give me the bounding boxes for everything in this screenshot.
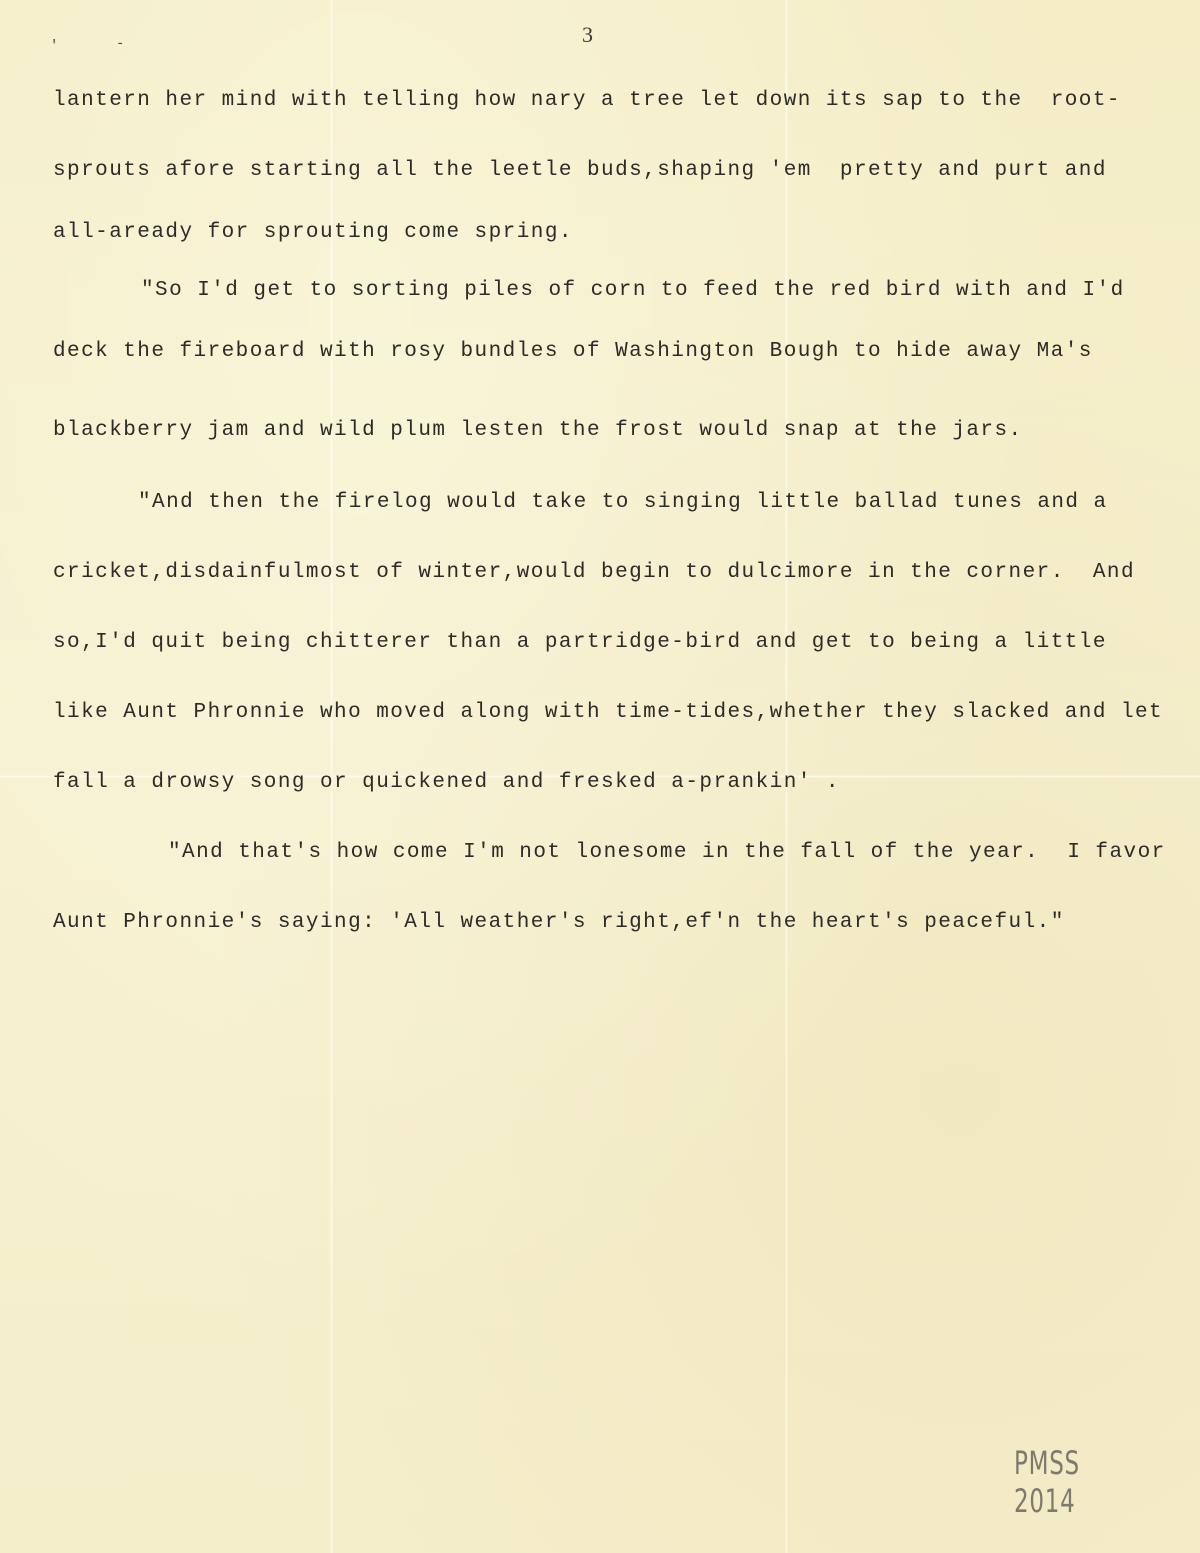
typewritten-page: ' - 3 lantern her mind with telling how …: [0, 0, 1200, 1553]
text-line: sprouts afore starting all the leetle bu…: [53, 160, 1107, 181]
paragraph-start-line: "And that's how come I'm not lonesome in…: [168, 842, 1166, 863]
text-line: cricket,disdainfulmost of winter,would b…: [53, 562, 1135, 583]
paragraph-start-line: "And then the firelog would take to sing…: [138, 492, 1108, 513]
text-line: all-aready for sprouting come spring.: [53, 222, 573, 243]
stray-mark: -: [116, 36, 124, 52]
text-line: like Aunt Phronnie who moved along with …: [53, 702, 1163, 723]
text-line: fall a drowsy song or quickened and fres…: [53, 772, 840, 793]
text-line: Aunt Phronnie's saying: 'All weather's r…: [53, 912, 1065, 933]
text-line: lantern her mind with telling how nary a…: [53, 90, 1121, 111]
text-line: deck the fireboard with rosy bundles of …: [53, 341, 1093, 362]
archive-watermark: PMSS 2014: [1014, 1444, 1148, 1520]
page-number: 3: [582, 22, 593, 48]
text-line: so,I'd quit being chitterer than a partr…: [53, 632, 1107, 653]
stray-mark: ': [50, 38, 58, 54]
text-line: blackberry jam and wild plum lesten the …: [53, 420, 1023, 441]
paragraph-start-line: "So I'd get to sorting piles of corn to …: [141, 280, 1125, 301]
